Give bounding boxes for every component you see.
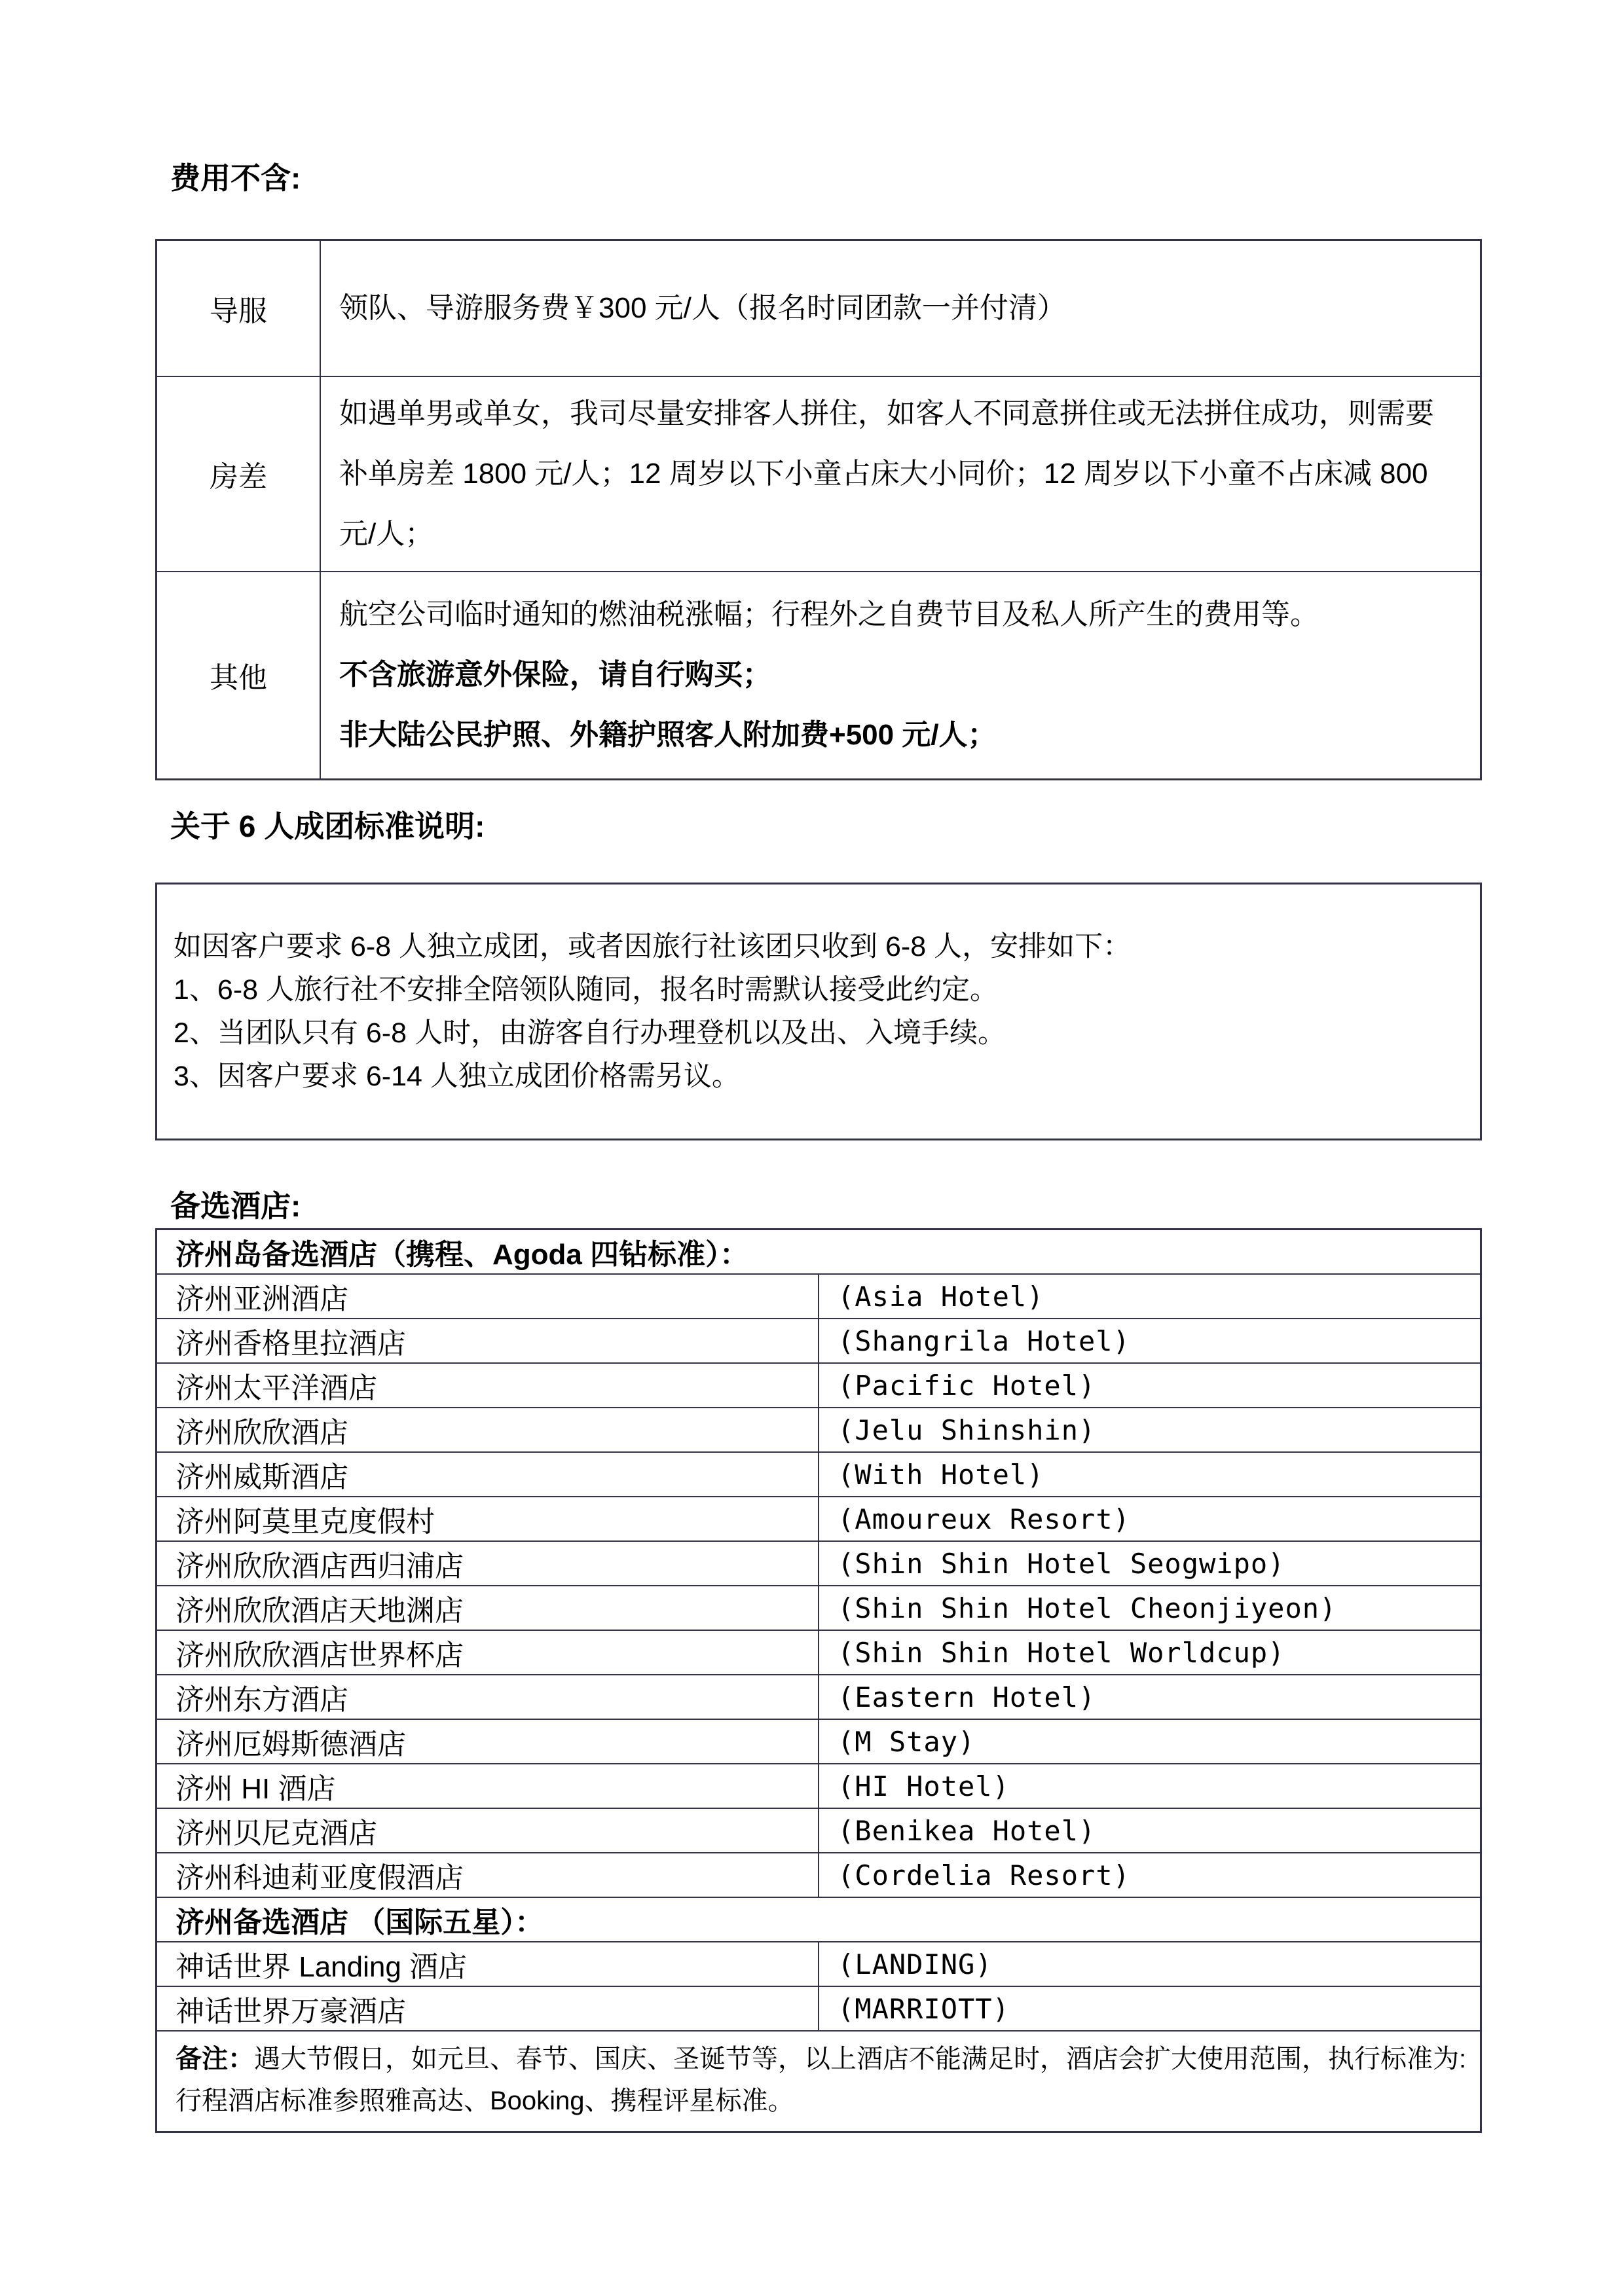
hotel-name-en: (MARRIOTT) (819, 1986, 1481, 2031)
hotel-row: 济州太平洋酒店 (Pacific Hotel) (157, 1363, 1481, 1408)
group-standard-box: 如因客户要求 6-8 人独立成团，或者因旅行社该团只收到 6-8 人，安排如下：… (155, 883, 1482, 1140)
hotel-row: 济州香格里拉酒店 (Shangrila Hotel) (157, 1319, 1481, 1363)
hotel-name-cn: 济州太平洋酒店 (157, 1363, 819, 1408)
hotel-name-en: (Jelu Shinshin) (819, 1408, 1481, 1452)
hotel-row: 济州科迪莉亚度假酒店 (Cordelia Resort) (157, 1853, 1481, 1897)
fee-row-other: 其他 航空公司临时通知的燃油税涨幅；行程外之自费节目及私人所产生的费用等。 不含… (157, 572, 1481, 780)
hotel-name-en: (Shin Shin Hotel Worldcup) (819, 1630, 1481, 1675)
hotels-table: 济州岛备选酒店（携程、Agoda 四钻标准）： 济州亚洲酒店 (Asia Hot… (155, 1228, 1482, 2133)
hotel-name-en: (Asia Hotel) (819, 1274, 1481, 1319)
hotel-name-en: (Shin Shin Hotel Seogwipo) (819, 1541, 1481, 1586)
hotel-name-cn: 济州贝尼克酒店 (157, 1808, 819, 1853)
hotel-name-cn: 济州威斯酒店 (157, 1452, 819, 1497)
hotel-group1-header: 济州岛备选酒店（携程、Agoda 四钻标准）： (157, 1230, 1481, 1275)
hotel-name-cn: 济州科迪莉亚度假酒店 (157, 1853, 819, 1897)
hotel-row: 神话世界 Landing 酒店 (LANDING) (157, 1942, 1481, 1986)
hotel-name-cn: 济州欣欣酒店世界杯店 (157, 1630, 819, 1675)
fee-row-label: 房差 (157, 376, 321, 572)
hotel-row: 神话世界万豪酒店 (MARRIOTT) (157, 1986, 1481, 2031)
group-standard-line: 如因客户要求 6-8 人独立成团，或者因旅行社该团只收到 6-8 人，安排如下： (174, 925, 1460, 968)
hotel-row: 济州厄姆斯德酒店 (M Stay) (157, 1719, 1481, 1764)
hotel-group2-header-row: 济州备选酒店 （国际五星）： (157, 1897, 1481, 1942)
hotel-row: 济州 HI 酒店 (HI Hotel) (157, 1764, 1481, 1808)
document-page: 费用不含: 导服 领队、导游服务费￥300 元/人（报名时同团款一并付清） 房差… (0, 0, 1624, 2296)
hotel-name-cn: 济州东方酒店 (157, 1675, 819, 1719)
hotel-row: 济州东方酒店 (Eastern Hotel) (157, 1675, 1481, 1719)
hotel-row: 济州欣欣酒店天地渊店 (Shin Shin Hotel Cheonjiyeon) (157, 1586, 1481, 1630)
fee-row-label: 导服 (157, 240, 321, 376)
group-standard-line: 2、当团队只有 6-8 人时，由游客自行办理登机以及出、入境手续。 (174, 1011, 1460, 1055)
other-fee-line: 非大陆公民护照、外籍护照客人附加费+500 元/人； (339, 705, 1455, 765)
fee-row-text: 领队、导游服务费￥300 元/人（报名时同团款一并付清） (320, 240, 1481, 376)
hotel-row: 济州威斯酒店 (With Hotel) (157, 1452, 1481, 1497)
hotel-name-cn: 神话世界万豪酒店 (157, 1986, 819, 2031)
hotel-name-cn: 济州香格里拉酒店 (157, 1319, 819, 1363)
hotels-heading: 备选酒店: (170, 1182, 301, 1226)
hotel-group1-header-row: 济州岛备选酒店（携程、Agoda 四钻标准）： (157, 1230, 1481, 1275)
hotel-name-cn: 济州厄姆斯德酒店 (157, 1719, 819, 1764)
hotel-name-en: (Shangrila Hotel) (819, 1319, 1481, 1363)
hotel-name-en: (Benikea Hotel) (819, 1808, 1481, 1853)
hotel-row: 济州欣欣酒店 (Jelu Shinshin) (157, 1408, 1481, 1452)
note-label: 备注： (175, 2045, 254, 2073)
hotel-row: 济州贝尼克酒店 (Benikea Hotel) (157, 1808, 1481, 1853)
hotel-name-cn: 济州 HI 酒店 (157, 1764, 819, 1808)
fee-row-text: 航空公司临时通知的燃油税涨幅；行程外之自费节目及私人所产生的费用等。 不含旅游意… (320, 572, 1481, 780)
hotel-row: 济州亚洲酒店 (Asia Hotel) (157, 1274, 1481, 1319)
hotel-name-en: (Cordelia Resort) (819, 1853, 1481, 1897)
hotel-row: 济州阿莫里克度假村 (Amoureux Resort) (157, 1497, 1481, 1541)
hotel-name-en: (Pacific Hotel) (819, 1363, 1481, 1408)
hotel-name-en: (M Stay) (819, 1719, 1481, 1764)
group-standard-heading: 关于 6 人成团标准说明: (170, 803, 485, 846)
hotel-name-cn: 济州欣欣酒店 (157, 1408, 819, 1452)
hotel-name-cn: 神话世界 Landing 酒店 (157, 1942, 819, 1986)
fees-excluded-table: 导服 领队、导游服务费￥300 元/人（报名时同团款一并付清） 房差 如遇单男或… (155, 239, 1482, 780)
hotel-name-en: (Amoureux Resort) (819, 1497, 1481, 1541)
fee-row-label: 其他 (157, 572, 321, 780)
hotel-name-en: (HI Hotel) (819, 1764, 1481, 1808)
hotel-name-en: (LANDING) (819, 1942, 1481, 1986)
other-fee-line: 不含旅游意外保险，请自行购买； (339, 645, 1455, 705)
hotel-group2-header: 济州备选酒店 （国际五星）： (157, 1897, 1481, 1942)
fees-excluded-heading: 费用不含: (170, 155, 301, 198)
fee-row-text: 如遇单男或单女，我司尽量安排客人拼住，如客人不同意拼住或无法拼住成功，则需要补单… (320, 376, 1481, 572)
hotels-note: 备注：遇大节假日，如元旦、春节、国庆、圣诞节等，以上酒店不能满足时，酒店会扩大使… (157, 2031, 1481, 2132)
group-standard-line: 3、因客户要求 6-14 人独立成团价格需另议。 (174, 1055, 1460, 1098)
hotel-name-cn: 济州欣欣酒店西归浦店 (157, 1541, 819, 1586)
hotels-note-row: 备注：遇大节假日，如元旦、春节、国庆、圣诞节等，以上酒店不能满足时，酒店会扩大使… (157, 2031, 1481, 2132)
hotel-name-en: (With Hotel) (819, 1452, 1481, 1497)
group-standard-line: 1、6-8 人旅行社不安排全陪领队随同，报名时需默认接受此约定。 (174, 968, 1460, 1011)
hotel-row: 济州欣欣酒店西归浦店 (Shin Shin Hotel Seogwipo) (157, 1541, 1481, 1586)
hotel-row: 济州欣欣酒店世界杯店 (Shin Shin Hotel Worldcup) (157, 1630, 1481, 1675)
hotel-name-cn: 济州亚洲酒店 (157, 1274, 819, 1319)
hotel-name-en: (Eastern Hotel) (819, 1675, 1481, 1719)
hotel-name-en: (Shin Shin Hotel Cheonjiyeon) (819, 1586, 1481, 1630)
hotel-name-cn: 济州欣欣酒店天地渊店 (157, 1586, 819, 1630)
hotel-name-cn: 济州阿莫里克度假村 (157, 1497, 819, 1541)
fee-row-room-difference: 房差 如遇单男或单女，我司尽量安排客人拼住，如客人不同意拼住或无法拼住成功，则需… (157, 376, 1481, 572)
other-fee-line: 航空公司临时通知的燃油税涨幅；行程外之自费节目及私人所产生的费用等。 (339, 585, 1455, 645)
fee-row-guide-service: 导服 领队、导游服务费￥300 元/人（报名时同团款一并付清） (157, 240, 1481, 376)
note-text: 遇大节假日，如元旦、春节、国庆、圣诞节等，以上酒店不能满足时，酒店会扩大使用范围… (175, 2045, 1466, 2115)
